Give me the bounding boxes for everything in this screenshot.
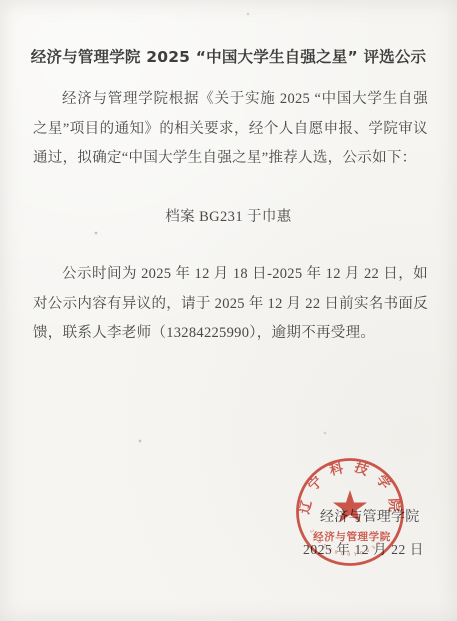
official-seal: 辽宁科技学院 经济与管理学院 21050000100330 [275,437,425,587]
candidate-line: 档案 BG231 于巾惠 [0,203,457,233]
paragraph-intro: 经济与管理学院根据《关于实施 2025 “中国大学生自强之星”项目的通知》的相关… [33,85,428,174]
paragraph-notice: 公示时间为 2025 年 12 月 18 日-2025 年 12 月 22 日，… [33,260,428,349]
seal-star-icon [333,490,367,523]
announcement-page: 经济与管理学院 2025 “中国大学生自强之星” 评选公示 经济与管理学院根据《… [0,0,457,621]
page-title: 经济与管理学院 2025 “中国大学生自强之星” 评选公示 [0,45,457,67]
